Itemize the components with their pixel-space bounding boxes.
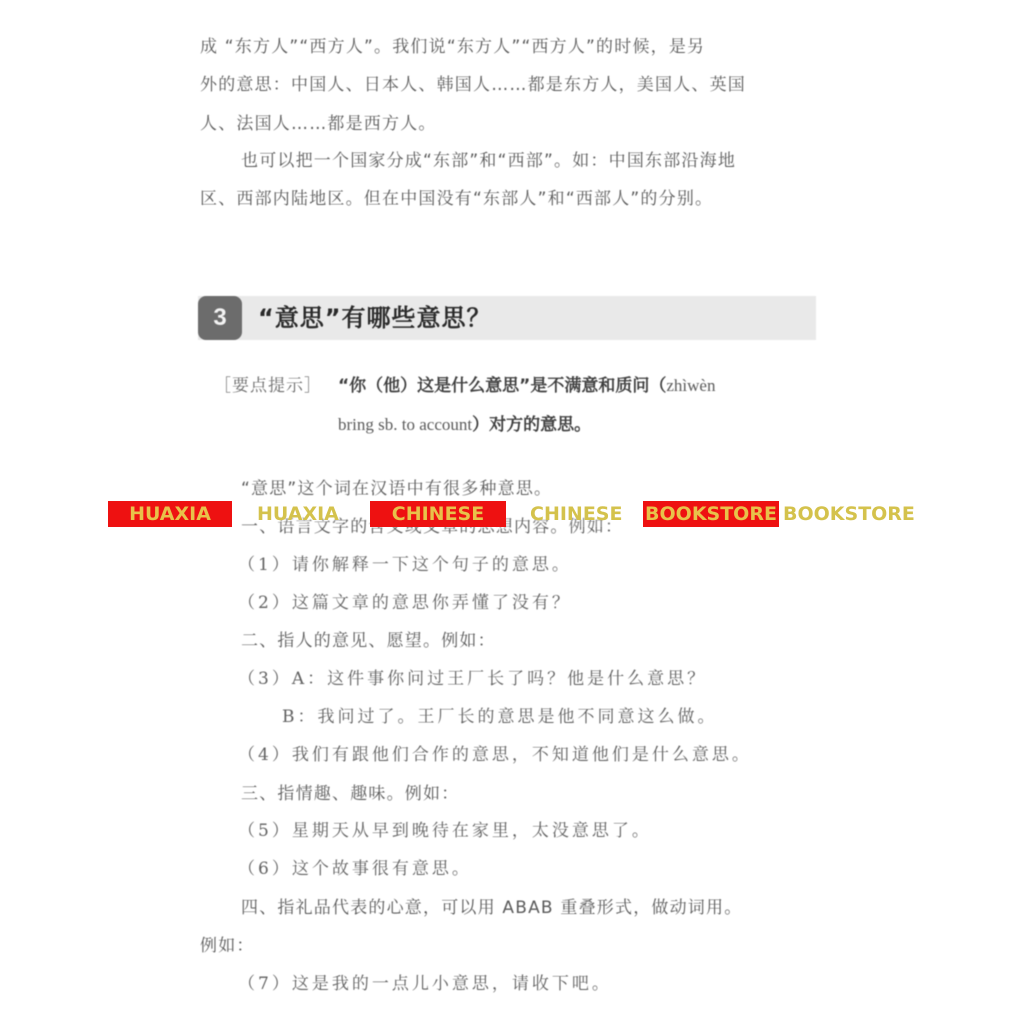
tip-text-line1: “你（他）这是什么意思”是不满意和质问（zhìwèn bbox=[338, 371, 715, 396]
example-sentence: （1）请你解释一下这个句子的意思。 bbox=[238, 554, 572, 576]
example-sentence: （3）A：这件事你问过王厂长了吗？他是什么意思？ bbox=[238, 668, 707, 690]
section-header: 3 “意思”有哪些意思？ bbox=[198, 296, 816, 340]
paragraph-line: 外的意思：中国人、日本人、韩国人……都是东方人，美国人、英国 bbox=[200, 74, 746, 96]
example-sentence: （7）这是我的一点儿小意思，请收下吧。 bbox=[238, 973, 612, 995]
example-sentence: （6）这个故事很有意思。 bbox=[238, 858, 472, 880]
paragraph-line: 也可以把一个国家分成“东部”和“西部”。如：中国东部沿海地 bbox=[241, 150, 736, 172]
tip-text-line2: bring sb. to account）对方的意思。 bbox=[338, 410, 591, 435]
meaning-heading: 四、指礼品代表的心意，可以用 ABAB 重叠形式，做动词用。 bbox=[241, 897, 742, 919]
example-sentence: （5）星期天从早到晚待在家里，太没意思了。 bbox=[238, 820, 652, 842]
paragraph-line: 成 “东方人”“西方人”。我们说“东方人”“西方人”的时候，是另 bbox=[200, 36, 705, 58]
meaning-heading: 二、指人的意见、愿望。例如： bbox=[241, 630, 496, 652]
paragraph-line: 人、法国人……都是西方人。 bbox=[200, 113, 437, 135]
tip-english: bring sb. to account bbox=[338, 415, 472, 434]
paragraph-line: 区、西部内陆地区。但在中国没有“东部人”和“西部人”的分别。 bbox=[200, 188, 713, 210]
tip-pinyin: zhìwèn bbox=[666, 376, 715, 395]
example-sentence: （2）这篇文章的意思你弄懂了没有？ bbox=[238, 592, 572, 614]
watermark-label: CHINESE bbox=[370, 501, 506, 527]
paragraph-line: 例如： bbox=[200, 935, 255, 957]
section-title: “意思”有哪些意思？ bbox=[258, 296, 492, 340]
watermark-label: CHINESE bbox=[530, 501, 622, 527]
watermark-label: BOOKSTORE bbox=[643, 501, 779, 527]
tip-text-zh: “你（他）这是什么意思”是不满意和质问（ bbox=[338, 376, 666, 396]
tip-text-zh-end: ）对方的意思。 bbox=[472, 415, 591, 435]
watermark-label: BOOKSTORE bbox=[783, 501, 915, 527]
section-number-badge: 3 bbox=[198, 296, 242, 340]
watermark-label: HUAXIA bbox=[108, 501, 232, 527]
example-sentence: B：我问过了。王厂长的意思是他不同意这么做。 bbox=[282, 706, 718, 728]
watermark-label: HUAXIA bbox=[257, 501, 339, 527]
body-intro: “意思”这个词在汉语中有很多种意思。 bbox=[241, 478, 552, 500]
meaning-heading: 三、指情趣、趣味。例如： bbox=[241, 783, 459, 805]
example-sentence: （4）我们有跟他们合作的意思，不知道他们是什么意思。 bbox=[238, 744, 752, 766]
tip-label: ［要点提示］ bbox=[214, 371, 322, 396]
